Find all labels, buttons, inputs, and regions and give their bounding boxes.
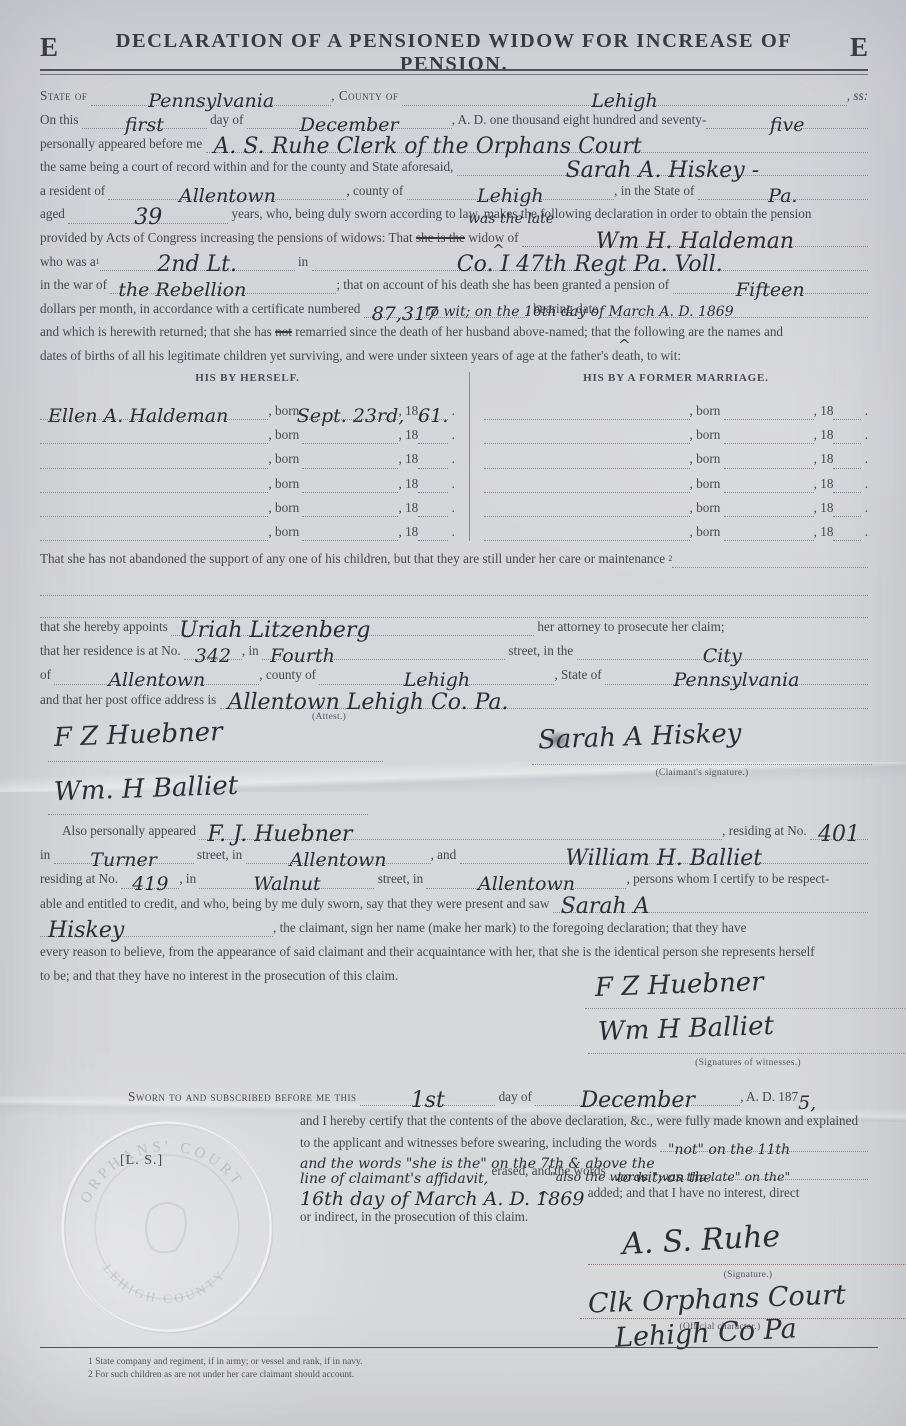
identity-text: every reason to believe, from the appear…: [40, 945, 815, 961]
rank-field: 2nd Lt.: [100, 253, 295, 271]
attorney-field: Uriah Litzenberg: [171, 619, 534, 637]
certify2-line: to the applicant and witnesses before sw…: [300, 1130, 868, 1152]
official-location-value: Lehigh Co Pa: [615, 1319, 798, 1349]
aged-label: aged: [40, 207, 68, 223]
city-word-field: City: [577, 645, 869, 660]
interline-was-the-late: was the late: [468, 212, 554, 226]
street-in-label: street, in the: [505, 644, 576, 660]
child-row: , born , 18 .: [40, 469, 455, 493]
witness1-signature: F Z Huebner: [54, 723, 223, 748]
born-label: , born: [690, 501, 724, 517]
children-column-herself: HIS BY HERSELF. Ellen A. Haldeman , born…: [40, 372, 469, 541]
witness1-no-field: 401: [810, 823, 868, 841]
appoints-line: that she hereby appoints Uriah Litzenber…: [40, 612, 868, 636]
also-label: Also personally appeared: [40, 824, 199, 840]
official-character-value: Clk Orphans Court: [588, 1286, 846, 1315]
child-row: , born , 18 .: [484, 396, 868, 420]
child-year-field: [418, 540, 448, 541]
row-period: .: [448, 428, 455, 444]
witness1-signature-line: [48, 761, 383, 762]
in2-label: , in: [179, 872, 199, 888]
whowasa-label: who was a: [40, 255, 96, 271]
year18-label: , 18: [398, 501, 418, 517]
in-label: in: [40, 848, 54, 864]
town-field: Allentown: [108, 185, 346, 200]
war-field: the Rebellion: [110, 279, 336, 294]
officer-signature-label: (Signature.): [588, 1270, 906, 1280]
witness-signatures-label: (Signatures of witnesses.): [588, 1058, 906, 1068]
amendment-hw-6: "also the words "was the late" on the": [550, 1171, 790, 1184]
struck-not: not: [275, 325, 292, 341]
born-label: , born: [690, 525, 724, 541]
certify2-text: to the applicant and witnesses before sw…: [300, 1136, 660, 1152]
residing-label: , residing at No.: [722, 824, 810, 840]
born-label: , born: [268, 452, 302, 468]
born-label: , born: [268, 477, 302, 493]
child-row: , born , 18 .: [484, 517, 868, 541]
claimant-sign-text: , the claimant, sign her name (make her …: [273, 921, 746, 937]
residence-line: that her residence is at No. 342 , in Fo…: [40, 636, 868, 660]
also-appeared-line: Also personally appeared F. J. Huebner ,…: [40, 816, 868, 840]
claimant-field: Sarah A. Hiskey -: [457, 159, 868, 177]
footnote-2: 2 For such children as are not under her…: [88, 1369, 868, 1382]
returned-text: and which is herewith returned; that she…: [40, 325, 275, 341]
resident-label: a resident of: [40, 184, 108, 200]
row-period: .: [861, 477, 868, 493]
witness-sig1-line: [585, 1008, 905, 1009]
child-name-field: [484, 540, 690, 541]
witness2-no-field: 419: [121, 873, 179, 888]
attest-label: (Attest.): [312, 712, 346, 722]
row-period: .: [861, 452, 868, 468]
claimant-signature: Sarah A Hiskey: [538, 724, 742, 751]
age-line: aged 39 years, who, being duly sworn acc…: [40, 200, 868, 224]
certify-text: , persons whom I certify to be respect-: [626, 872, 829, 888]
state-field: Pennsylvania: [605, 669, 868, 684]
row-period: .: [861, 525, 868, 541]
state-county-line: State of Pennsylvania , County of Lehigh…: [40, 82, 868, 106]
dayof-label: day of: [207, 113, 247, 129]
appoints-label: that she hereby appoints: [40, 620, 171, 636]
year18-label: , 18: [398, 428, 418, 444]
amendment-field-1: "not" on the 11th: [660, 1141, 868, 1153]
pension-text: ; that on account of his death she has b…: [336, 278, 672, 294]
acts-text: provided by Acts of Congress increasing …: [40, 231, 416, 247]
dates-text: dates of births of all his legitimate ch…: [40, 349, 681, 365]
witness2-name-field: William H. Balliet: [460, 847, 868, 865]
year18-label: , 18: [814, 404, 834, 420]
child-date-field: [724, 540, 814, 541]
rank-line: who was a1 2nd Lt. in Co. I 47th Regt Pa…: [40, 247, 868, 271]
blank-rule-line: [40, 568, 868, 596]
year18-label: , 18: [814, 477, 834, 493]
born-label: , born: [690, 477, 724, 493]
row-period: .: [861, 404, 868, 420]
footnotes: 1 State company and regiment, if in army…: [88, 1356, 868, 1382]
claimant-signature-label: (Claimant's signature.): [532, 768, 872, 778]
date-line: On this first day of December , A. D. on…: [40, 106, 868, 130]
po-field: Allentown Lehigh Co. Pa.: [220, 691, 868, 709]
child-name-field: Ellen A. Haldeman: [40, 405, 268, 420]
column-header-herself: HIS BY HERSELF.: [40, 372, 455, 396]
sworn-label: Sworn to and subscribed before me this: [128, 1090, 360, 1106]
year18-label: , 18: [398, 477, 418, 493]
bottom-rule: [40, 1347, 878, 1348]
day-field: first: [82, 114, 207, 129]
residence-label: that her residence is at No.: [40, 644, 184, 660]
child-row: , born , 18 .: [40, 517, 455, 541]
witness2-town-field: Allentown: [426, 873, 626, 888]
po-label: and that her post office address is: [40, 693, 220, 709]
officer-signature-block: A. S. Ruhe (Signature.) Clk Orphans Cour…: [40, 1228, 868, 1348]
child-row: , born , 18 .: [484, 444, 868, 468]
certify1-line: and I hereby certify that the contents o…: [300, 1106, 868, 1130]
row-period: .: [448, 452, 455, 468]
of-label: of: [40, 668, 54, 684]
and-label: , and: [431, 848, 460, 864]
city-line: of Allentown , county of Lehigh , State …: [40, 660, 868, 684]
child-date-field: Sept. 23rd,: [302, 405, 398, 420]
row-period: .: [448, 501, 455, 517]
witness1-town-field: Allentown: [246, 849, 431, 864]
claimant-sign-line: Hiskey , the claimant, sign her name (ma…: [40, 913, 868, 937]
city-field: Allentown: [54, 669, 259, 684]
countyof-label: , county of: [259, 668, 319, 684]
child-date-field: [302, 540, 398, 541]
year18-label: , 18: [814, 525, 834, 541]
street-field: Fourth: [262, 645, 505, 660]
born-label: , born: [690, 404, 724, 420]
born-label: , born: [268, 501, 302, 517]
year18-label: , 18: [398, 452, 418, 468]
witness2-street-line: residing at No. 419 , in Walnut street, …: [40, 864, 868, 888]
amount-field: Fifteen: [673, 279, 869, 294]
child-row: , born , 18 .: [40, 493, 455, 517]
po-value: Allentown Lehigh Co. Pa.: [228, 695, 509, 712]
war-line: in the war of the Rebellion ; that on ac…: [40, 271, 868, 295]
witness1-street-field: Turner: [54, 849, 194, 864]
county-field: Lehigh: [319, 669, 554, 684]
scanned-pension-declaration: ORPHANS' COURT LEHIGH COUNTY E DECLARATI…: [0, 0, 906, 1426]
court-record-text: the same being a court of record within …: [40, 160, 457, 176]
officer-signature-line: [588, 1264, 906, 1265]
jurat-ad-label: , A. D. 187: [740, 1090, 798, 1106]
claim-text: her attorney to prosecute her claim;: [534, 620, 724, 636]
child-year-field: [833, 540, 861, 541]
unit-field: Co. I 47th Regt Pa. Voll.: [312, 253, 868, 271]
street-in2-label: street, in: [374, 872, 426, 888]
column-header-former-marriage: HIS BY A FORMER MARRIAGE.: [484, 372, 868, 396]
year-field: five: [706, 114, 868, 129]
identity-line: every reason to believe, from the appear…: [40, 937, 868, 961]
footnote-1: 1 State company and regiment, if in army…: [88, 1356, 868, 1369]
child-year-field: 61.: [418, 405, 448, 420]
maintenance-line: That she has not abandoned the support o…: [40, 544, 868, 568]
postoffice-line: and that her post office address is Alle…: [40, 685, 868, 709]
row-period: .: [861, 428, 868, 444]
born-label: , born: [268, 525, 302, 541]
county-label: , County of: [331, 89, 402, 105]
row-period: .: [448, 477, 455, 493]
attest-block: (Attest.) F Z Huebner Sarah A Hiskey (Cl…: [40, 712, 868, 824]
row-period: .: [448, 404, 455, 420]
husband-field: Wm H. Haldeman: [522, 230, 868, 248]
witness-sig1: F Z Huebner: [595, 973, 764, 998]
dates-line: dates of births of all his legitimate ch…: [40, 342, 868, 366]
ls-seal-mark: [L. S.]: [120, 1154, 163, 1171]
child-row: , born , 18 .: [484, 469, 868, 493]
added-line: "also the words "was the late" on the" 1…: [300, 1180, 868, 1202]
remarried-text: remarried since the death of her husband…: [292, 325, 591, 341]
onthis-label: On this: [40, 113, 82, 129]
struck-she-is-the: she is the: [416, 231, 465, 247]
children-column-former-marriage: HIS BY A FORMER MARRIAGE. , born , 18 . …: [469, 372, 868, 541]
stateof-label: , State of: [554, 668, 605, 684]
countyof-label: , county of: [346, 184, 406, 200]
born-label: , born: [690, 452, 724, 468]
able-text: able and entitled to credit, and who, be…: [40, 897, 553, 913]
interline-to-wit-date: to wit; on the 16th day of March A. D. 1…: [425, 305, 734, 319]
child-row: , born , 18 .: [484, 493, 868, 517]
row-period: .: [861, 501, 868, 517]
jurat-block: [L. S.] Sworn to and subscribed before m…: [40, 1080, 868, 1226]
form-series-letter-right: E: [850, 30, 868, 61]
age-field: 39: [68, 206, 228, 224]
appeared-label: personally appeared before me: [40, 137, 206, 153]
header-double-rule: [40, 69, 868, 75]
street-in-label: street, in: [194, 848, 246, 864]
jurat-dayof-label: day of: [495, 1090, 535, 1106]
witness-signatures-block: F Z Huebner Wm H Balliet (Signatures of …: [40, 976, 868, 1076]
certify1-text: and I hereby certify that the contents o…: [300, 1114, 858, 1130]
added-text: added; and that I have no interest, dire…: [584, 1186, 799, 1202]
residing2-label: residing at No.: [40, 872, 121, 888]
jurat-month-field: December: [535, 1089, 740, 1107]
maintenance-text: That she has not abandoned the support o…: [40, 552, 668, 568]
house-no-field: 342: [184, 645, 242, 660]
state-field: Pennsylvania: [91, 90, 331, 105]
children-table: HIS BY HERSELF. Ellen A. Haldeman , born…: [40, 372, 868, 541]
row-period: .: [448, 525, 455, 541]
claimant-line: the same being a court of record within …: [40, 153, 868, 177]
ad-label: , A. D. one thousand eight hundred and s…: [452, 113, 707, 129]
sworn-line: Sworn to and subscribed before me this 1…: [40, 1080, 868, 1106]
saw-name-field: Sarah A: [553, 895, 868, 913]
witness1-name-field: F. J. Huebner: [199, 823, 722, 841]
witness2-street-field: Walnut: [199, 873, 374, 888]
witness1-street-line: in Turner street, in Allentown , and Wil…: [40, 840, 868, 864]
witnesses-paragraph: Also personally appeared F. J. Huebner ,…: [40, 816, 868, 985]
indirect-text: or indirect, in the prosecution of this …: [300, 1210, 528, 1226]
saw-name2-field: Hiskey: [40, 919, 273, 937]
county-field: Lehigh: [402, 90, 847, 105]
child-row: , born , 18 .: [484, 420, 868, 444]
sworn-saw-line: able and entitled to credit, and who, be…: [40, 889, 868, 913]
residence-line: a resident of Allentown , county of Lehi…: [40, 176, 868, 200]
child-row: Ellen A. Haldeman , born Sept. 23rd, , 1…: [40, 396, 455, 420]
state2-field: Pa.: [698, 185, 868, 200]
witness-sig2-line: [588, 1053, 906, 1054]
ss-label: , ss:: [847, 89, 868, 105]
year18-label: , 18: [814, 428, 834, 444]
in-label: in: [295, 255, 312, 271]
child-row: , born , 18 .: [40, 444, 455, 468]
remarried-line: to wit; on the 16th day of March A. D. 1…: [40, 318, 868, 342]
born-label: , born: [690, 428, 724, 444]
witness-sig2: Wm H Balliet: [598, 1017, 775, 1043]
warof-label: in the war of: [40, 278, 110, 294]
officer-field: A. S. Ruhe Clerk of the Orphans Court: [206, 135, 869, 153]
year18-label: , 18: [814, 501, 834, 517]
indirect-line: or indirect, in the prosecution of this …: [300, 1202, 868, 1226]
opening-paragraph: State of Pennsylvania , County of Lehigh…: [40, 82, 868, 365]
child-name-field: [40, 540, 268, 541]
dollars-text: dollars per month, in accordance with a …: [40, 302, 364, 318]
child-row: , born , 18 .: [40, 420, 455, 444]
claimant-signature-line: [532, 764, 872, 765]
born-label: , born: [268, 428, 302, 444]
year18-label: , 18: [398, 525, 418, 541]
officer-signature: A. S. Ruhe: [622, 1226, 781, 1257]
witness2-signature-line: [48, 814, 368, 815]
month-field: December: [247, 114, 452, 129]
instate-label: , in the State of: [614, 184, 698, 200]
jurat-day-field: 1st: [360, 1089, 495, 1107]
form-series-letter-left: E: [40, 30, 58, 61]
year18-label: , 18: [814, 452, 834, 468]
widow-line: provided by Acts of Congress increasing …: [40, 224, 868, 248]
witness2-signature: Wm. H Balliet: [54, 777, 239, 803]
county2-field: Lehigh: [407, 185, 615, 200]
in-label: , in: [242, 644, 262, 660]
attorney-paragraph: that she hereby appoints Uriah Litzenber…: [40, 612, 868, 709]
maintenance-clause: That she has not abandoned the support o…: [40, 544, 868, 618]
state-label: State of: [40, 89, 91, 105]
officer-line: personally appeared before me A. S. Ruhe…: [40, 129, 868, 153]
